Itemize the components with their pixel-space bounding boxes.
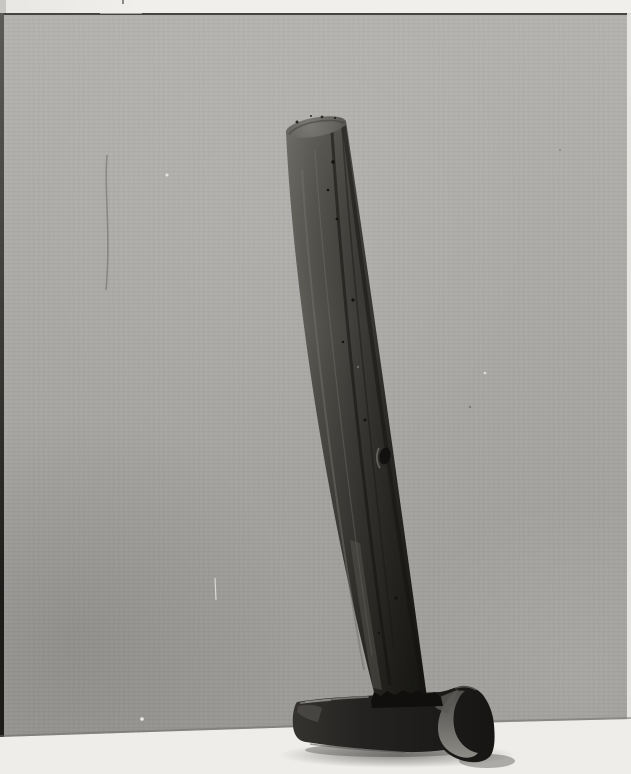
backdrop-speck: [484, 372, 487, 375]
tool-photo-scene: [0, 0, 631, 774]
backdrop-speck: [140, 717, 144, 721]
hammer-handle: [284, 112, 427, 698]
photo-frame: [0, 0, 631, 774]
backdrop-speck-dark: [559, 149, 561, 151]
backdrop-scratch-dark: [106, 155, 108, 290]
backdrop-scratch-light: [215, 578, 216, 600]
backdrop-speck-dark: [469, 406, 471, 408]
backdrop-speck: [166, 174, 169, 177]
